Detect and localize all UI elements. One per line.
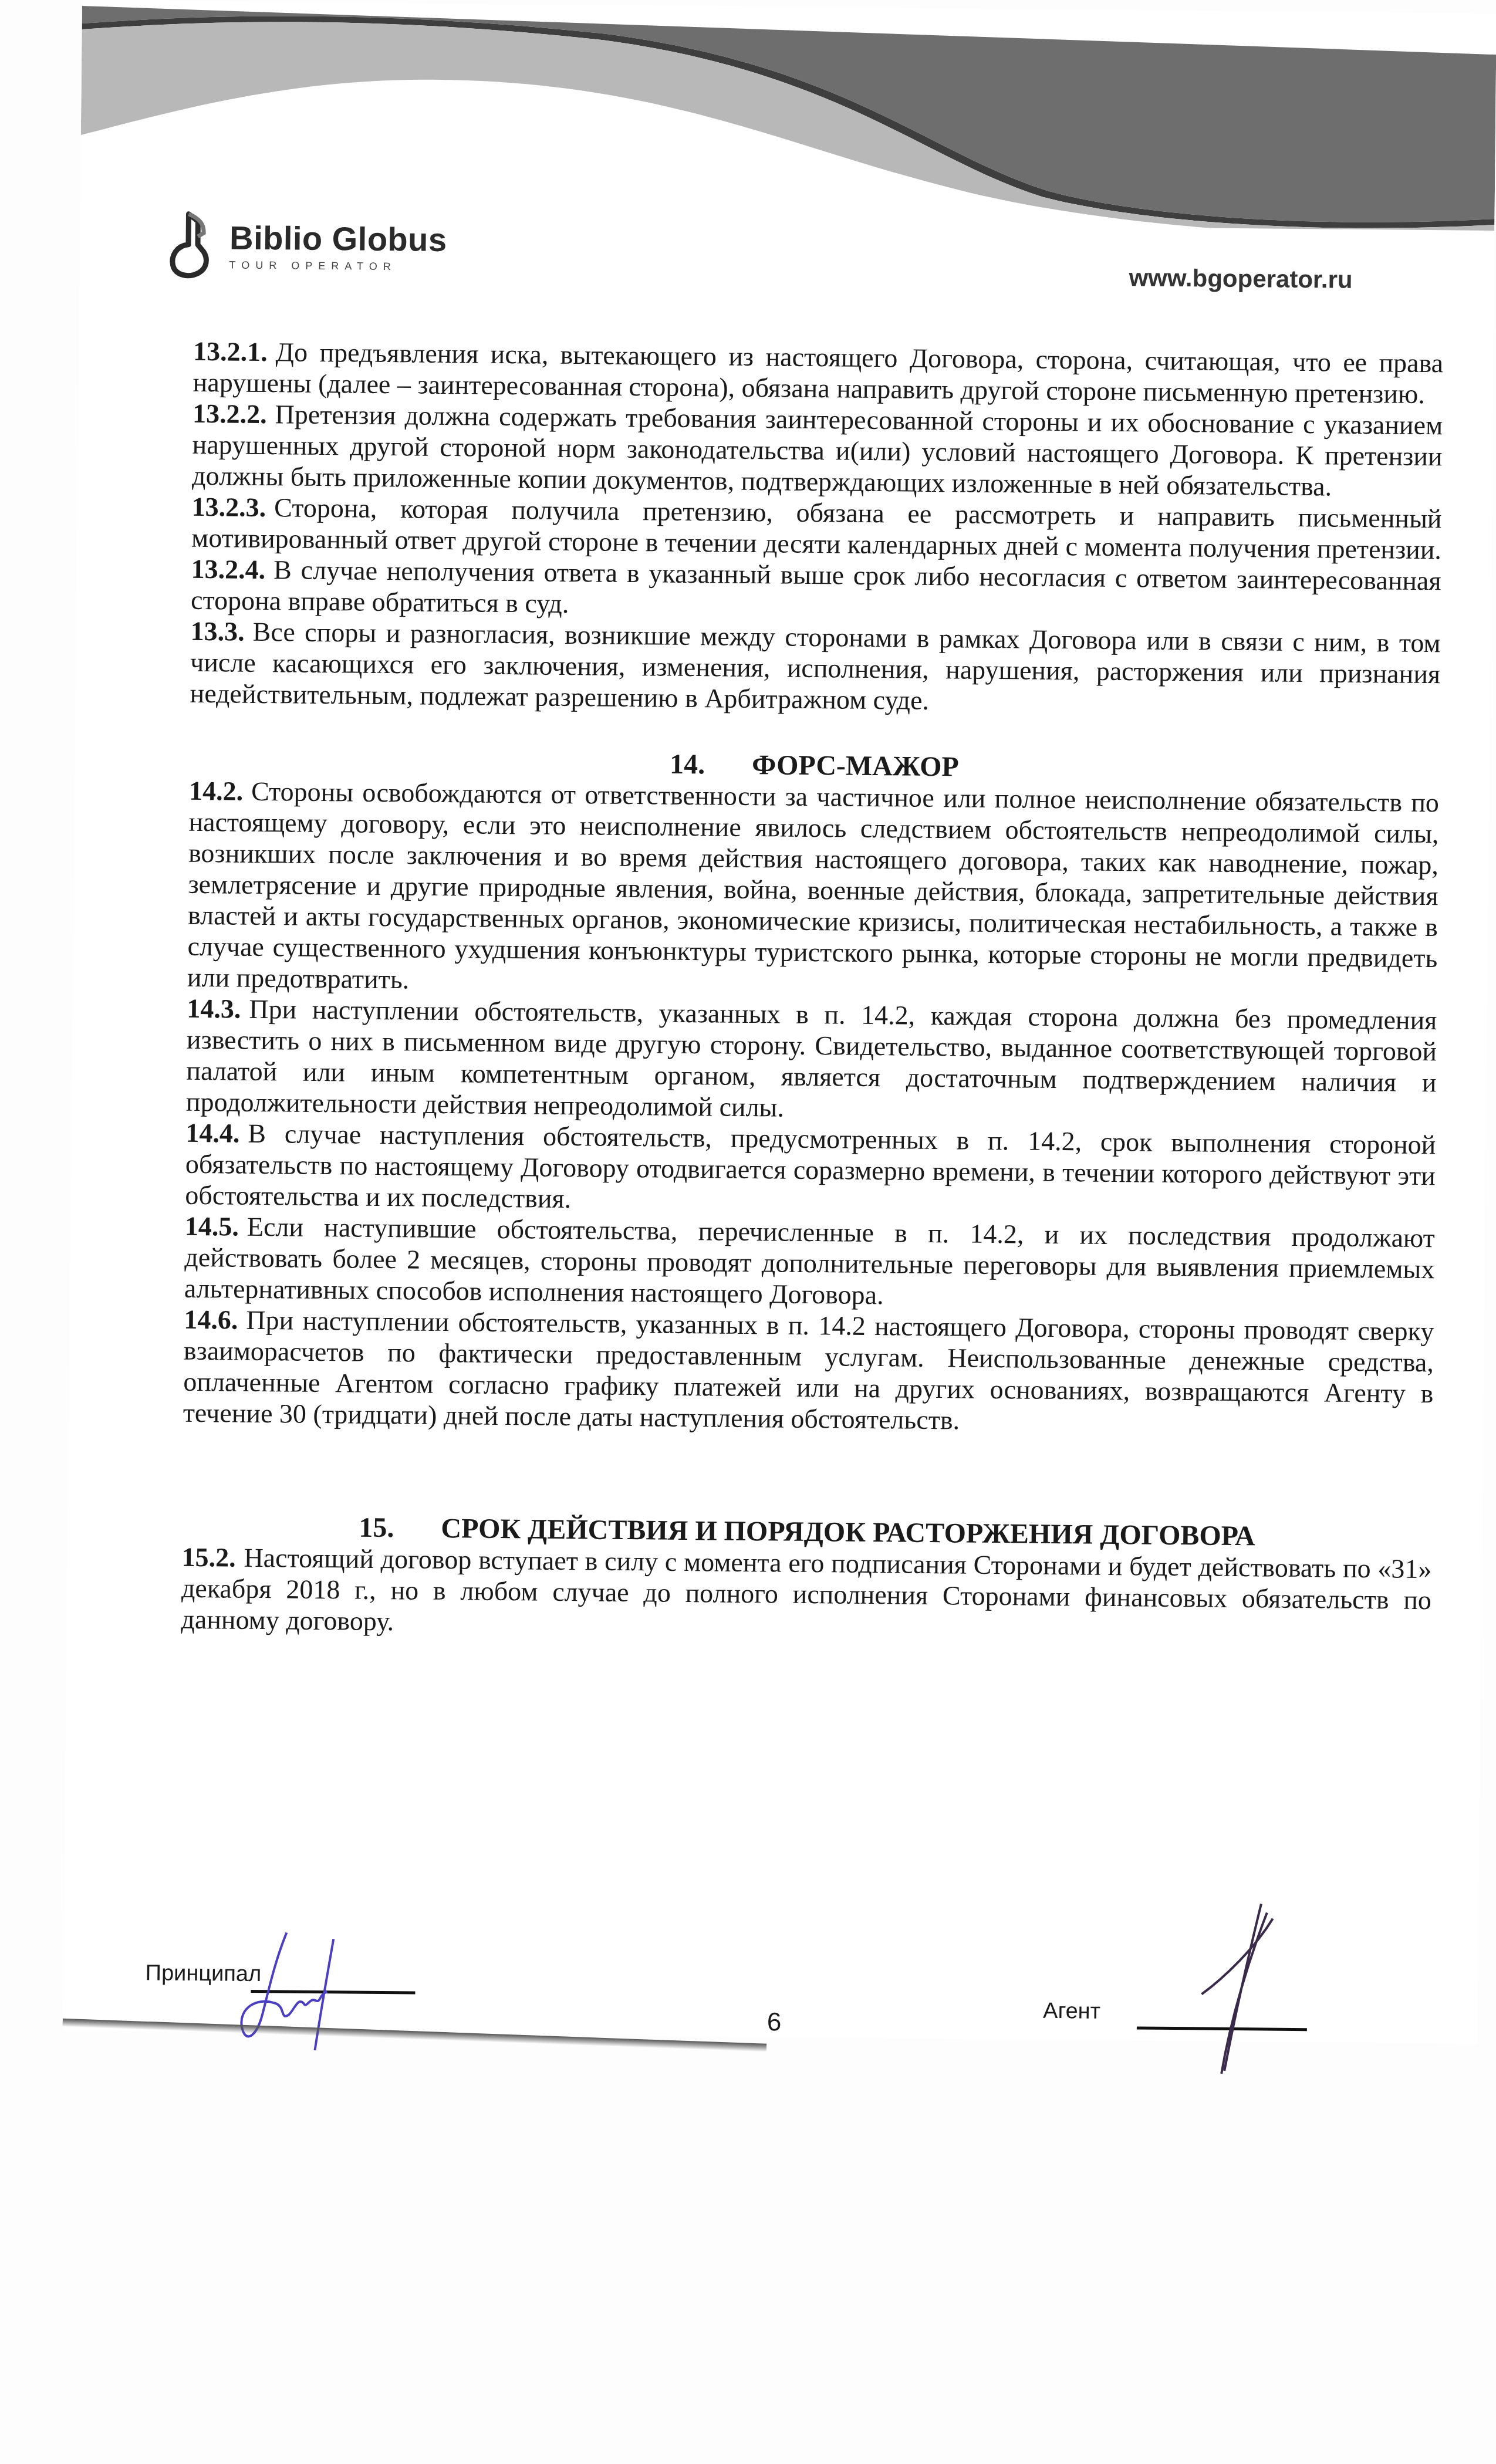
clause-13-2-3: 13.2.3.Сторона, которая получила претенз… [191, 491, 1442, 565]
website-url: www.bgoperator.ru [1129, 263, 1353, 294]
clause-14-4: 14.4.В случае наступления обстоятельств,… [185, 1117, 1436, 1222]
signature-block: Принципал 6 Агент [144, 1961, 1436, 2061]
clause-15-2: 15.2.Настоящий договор вступает в силу с… [181, 1542, 1431, 1647]
brand-name: Biblio Globus [229, 218, 447, 259]
biblio-globus-logo-icon [164, 209, 224, 280]
brand-subtitle: TOUR OPERATOR [229, 259, 447, 273]
clause-13-2-2: 13.2.2.Претензия должна содержать требов… [192, 398, 1443, 503]
principal-signature-icon [232, 1926, 351, 2057]
header-wave-decoration [80, 6, 1496, 231]
clause-14-6: 14.6.При наступлении обстоятельств, указ… [183, 1304, 1434, 1440]
document-page: Biblio Globus TOUR OPERATOR www.bgoperat… [63, 0, 1496, 2044]
clause-13-2-4: 13.2.4.В случае неполучения ответа в ука… [191, 553, 1441, 627]
contract-body: 13.2.1.До предъявления иска, вытекающего… [181, 336, 1443, 1647]
page-number: 6 [767, 2007, 782, 2037]
agent-label: Агент [1043, 1999, 1100, 2024]
clause-13-2-1: 13.2.1.До предъявления иска, вытекающего… [193, 336, 1444, 410]
agent-signature-icon [1189, 1900, 1285, 2077]
clause-14-5: 14.5.Если наступившие обстоятельства, пе… [184, 1211, 1435, 1316]
clause-13-3: 13.3.Все споры и разногласия, возникшие … [190, 616, 1440, 721]
brand-logo: Biblio Globus TOUR OPERATOR [164, 209, 447, 282]
clause-14-2: 14.2.Стороны освобождаются от ответствен… [187, 775, 1439, 1005]
clause-14-3: 14.3.При наступлении обстоятельств, указ… [186, 993, 1437, 1129]
